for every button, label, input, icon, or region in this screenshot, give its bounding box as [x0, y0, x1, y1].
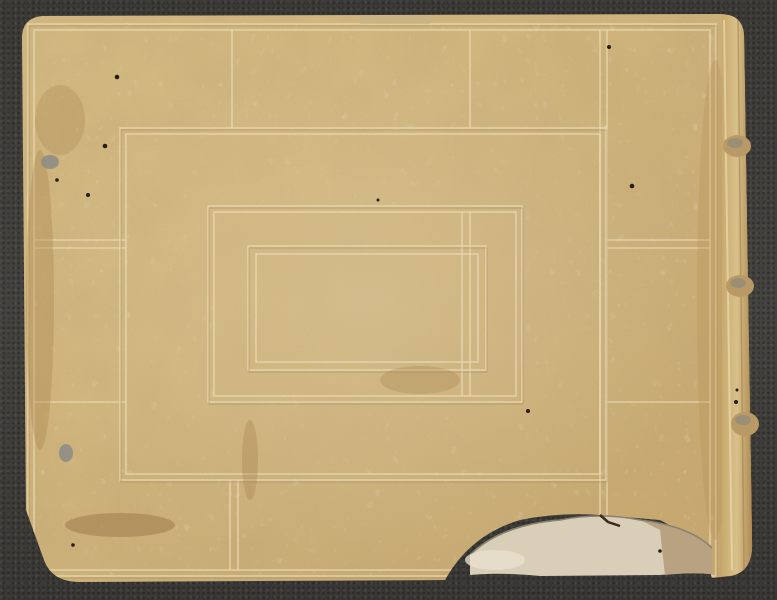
book-cover: [0, 0, 777, 600]
spine-band-2: [726, 275, 754, 297]
spine-band-3: [731, 412, 759, 436]
spine-band-1: [723, 135, 751, 157]
photo-scene: [0, 0, 777, 600]
shelf-label-trace: [360, 16, 430, 24]
